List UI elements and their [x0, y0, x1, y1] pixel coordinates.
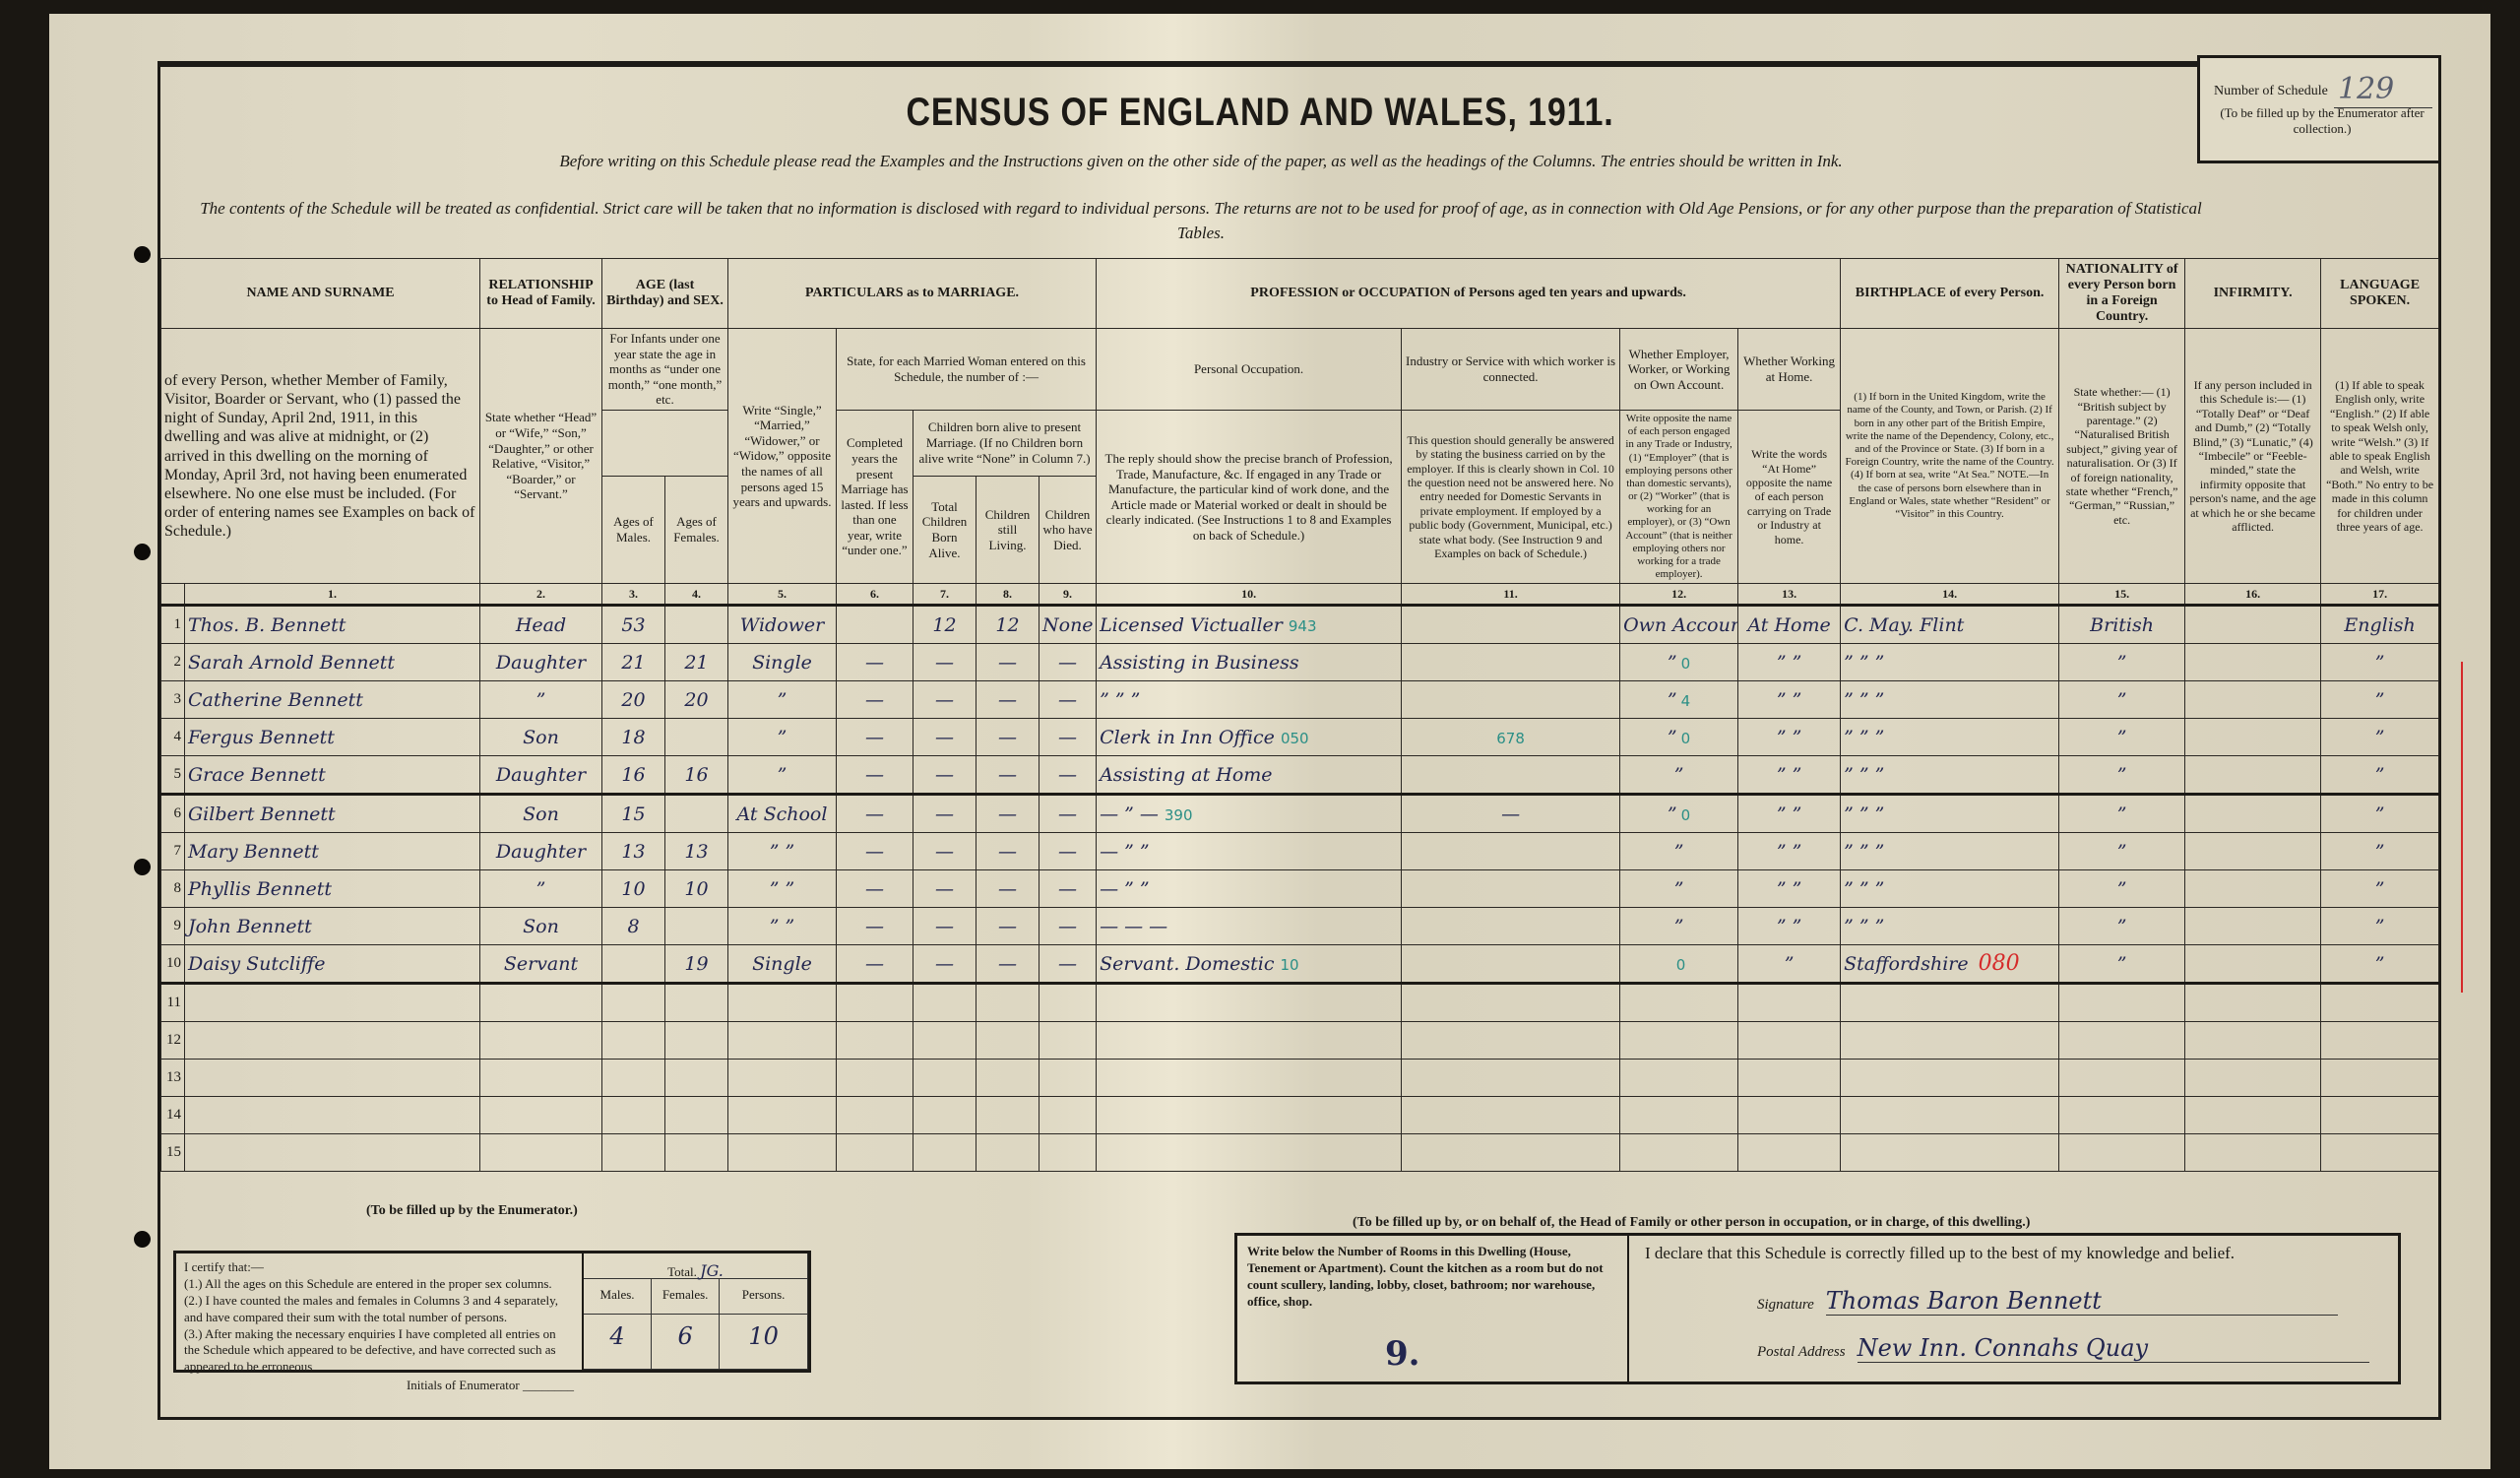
age-female: 21	[665, 644, 728, 681]
language	[2321, 1134, 2439, 1172]
industry	[1402, 606, 1620, 644]
nationality: ”	[2059, 795, 2185, 833]
rooms-instruction: Write below the Number of Rooms in this …	[1247, 1244, 1617, 1311]
desc-industry: This question should generally be answer…	[1402, 410, 1620, 583]
language: ”	[2321, 644, 2439, 681]
marital-status: At School	[728, 795, 837, 833]
employment-status: Own Account2	[1620, 606, 1738, 644]
initials-label: Initials of Enumerator	[407, 1378, 520, 1392]
children-born	[913, 1134, 976, 1172]
industry: —	[1402, 795, 1620, 833]
industry	[1402, 1097, 1620, 1134]
age-male: 21	[602, 644, 665, 681]
employment-status: ”	[1620, 870, 1738, 908]
working-at-home: ” ”	[1738, 795, 1841, 833]
table-row: 7Mary BennettDaughter1313” ”————— ” ””” …	[161, 833, 2439, 870]
children-living: —	[976, 644, 1039, 681]
table-row: 8Phyllis Bennett”1010” ”————— ” ””” ”” ”…	[161, 870, 2439, 908]
children-living: —	[976, 756, 1039, 795]
header-marriage: PARTICULARS as to MARRIAGE.	[728, 259, 1097, 329]
relationship: Daughter	[480, 756, 602, 795]
working-at-home: ” ”	[1738, 644, 1841, 681]
children-died: —	[1039, 945, 1097, 984]
language	[2321, 1022, 2439, 1060]
desc-children-died: Children who have Died.	[1039, 476, 1097, 584]
relationship: ”	[480, 681, 602, 719]
row-number: 8	[161, 870, 185, 908]
employment-status: ”	[1620, 756, 1738, 795]
header-infirmity: INFIRMITY.	[2185, 259, 2321, 329]
children-born: —	[913, 719, 976, 756]
age-male: 15	[602, 795, 665, 833]
marital-status	[728, 1060, 837, 1097]
industry	[1402, 681, 1620, 719]
age-male	[602, 984, 665, 1022]
header-occupation: PROFESSION or OCCUPATION of Persons aged…	[1097, 259, 1841, 329]
children-living	[976, 1097, 1039, 1134]
person-name: Fergus Bennett	[185, 719, 480, 756]
language	[2321, 984, 2439, 1022]
table-row: 4Fergus BennettSon18”————Clerk in Inn Of…	[161, 719, 2439, 756]
marital-status	[728, 1022, 837, 1060]
household-declaration: Write below the Number of Rooms in this …	[1234, 1233, 2401, 1384]
employment-status: ”0	[1620, 719, 1738, 756]
row-number: 12	[161, 1022, 185, 1060]
infirmity	[2185, 908, 2321, 945]
language: ”	[2321, 870, 2439, 908]
address-label: Postal Address	[1757, 1344, 1846, 1360]
infirmity	[2185, 795, 2321, 833]
children-died	[1039, 1097, 1097, 1134]
age-female	[665, 606, 728, 644]
row-number: 1	[161, 606, 185, 644]
children-born	[913, 1097, 976, 1134]
employment-code: 0	[1676, 956, 1686, 974]
industry	[1402, 756, 1620, 795]
person-name: Mary Bennett	[185, 833, 480, 870]
children-living	[976, 1022, 1039, 1060]
working-at-home	[1738, 1060, 1841, 1097]
working-at-home: ” ”	[1738, 719, 1841, 756]
children-died: —	[1039, 870, 1097, 908]
children-died: —	[1039, 719, 1097, 756]
employment-status: 0	[1620, 945, 1738, 984]
enumerator-heading: (To be filled up by the Enumerator.)	[366, 1203, 578, 1219]
birthplace	[1841, 1060, 2059, 1097]
children-living	[976, 1134, 1039, 1172]
age-female	[665, 719, 728, 756]
table-row: 13	[161, 1060, 2439, 1097]
children-born: —	[913, 945, 976, 984]
children-living: —	[976, 945, 1039, 984]
birthplace: ” ” ”	[1841, 833, 2059, 870]
persons-count: 10	[720, 1315, 808, 1370]
years-married: —	[837, 681, 913, 719]
document-title: CENSUS OF ENGLAND AND WALES, 1911.	[189, 91, 2331, 135]
industry	[1402, 1022, 1620, 1060]
desc-birthplace: (1) If born in the United Kingdom, write…	[1841, 329, 2059, 584]
nationality	[2059, 1134, 2185, 1172]
nationality	[2059, 1097, 2185, 1134]
language	[2321, 1060, 2439, 1097]
age-female: 10	[665, 870, 728, 908]
employment-status	[1620, 1134, 1738, 1172]
age-female	[665, 1134, 728, 1172]
relationship: Son	[480, 795, 602, 833]
working-at-home: ” ”	[1738, 756, 1841, 795]
children-born	[913, 1022, 976, 1060]
signature: Thomas Baron Bennett	[1826, 1287, 2338, 1316]
employment-status	[1620, 984, 1738, 1022]
header-relationship: RELATIONSHIP to Head of Family.	[480, 259, 602, 329]
infirmity	[2185, 719, 2321, 756]
personal-occupation	[1097, 1022, 1402, 1060]
nationality: British	[2059, 606, 2185, 644]
nationality: ”	[2059, 870, 2185, 908]
children-died: —	[1039, 908, 1097, 945]
census-rows: 1Thos. B. BennettHead53Widower1212NoneLi…	[161, 606, 2439, 1172]
nationality	[2059, 1022, 2185, 1060]
employment-status	[1620, 1060, 1738, 1097]
desc-language: (1) If able to speak English only, write…	[2321, 329, 2439, 584]
person-name: Daisy Sutcliffe	[185, 945, 480, 984]
row-number: 14	[161, 1097, 185, 1134]
person-name: Phyllis Bennett	[185, 870, 480, 908]
relationship	[480, 1097, 602, 1134]
nationality	[2059, 1060, 2185, 1097]
employment-status	[1620, 1022, 1738, 1060]
infirmity	[2185, 1022, 2321, 1060]
person-name	[185, 1097, 480, 1134]
punch-hole	[134, 544, 151, 560]
age-female: 20	[665, 681, 728, 719]
children-born: —	[913, 870, 976, 908]
working-at-home	[1738, 1022, 1841, 1060]
row-number: 9	[161, 908, 185, 945]
schedule-number: 129	[2338, 72, 2394, 106]
language: ”	[2321, 833, 2439, 870]
relationship	[480, 1060, 602, 1097]
table-row: 12	[161, 1022, 2439, 1060]
years-married: —	[837, 719, 913, 756]
children-living	[976, 1060, 1039, 1097]
infirmity	[2185, 945, 2321, 984]
certify-item: (3.) After making the necessary enquirie…	[184, 1326, 574, 1377]
relationship: Daughter	[480, 833, 602, 870]
marital-status: ”	[728, 719, 837, 756]
marital-status: Single	[728, 644, 837, 681]
birthplace: ” ” ”	[1841, 795, 2059, 833]
row-number: 2	[161, 644, 185, 681]
desc-marital: Write “Single,” “Married,” “Widower,” or…	[728, 329, 837, 584]
nationality: ”	[2059, 833, 2185, 870]
children-born: —	[913, 908, 976, 945]
industry: 678	[1402, 719, 1620, 756]
language: ”	[2321, 945, 2439, 984]
employment-status: ”	[1620, 908, 1738, 945]
marital-status: ” ”	[728, 870, 837, 908]
marital-status: ” ”	[728, 908, 837, 945]
age-male: 53	[602, 606, 665, 644]
children-died	[1039, 1060, 1097, 1097]
personal-occupation: ” ” ”	[1097, 681, 1402, 719]
person-name: Sarah Arnold Bennett	[185, 644, 480, 681]
table-row: 6Gilbert BennettSon15At School————— ” —3…	[161, 795, 2439, 833]
birthplace: Staffordshire080	[1841, 945, 2059, 984]
age-female	[665, 1097, 728, 1134]
children-died: —	[1039, 756, 1097, 795]
red-bracket-mark	[2461, 662, 2463, 993]
marital-status: ”	[728, 681, 837, 719]
header-personal-occupation: Personal Occupation.	[1097, 329, 1402, 411]
years-married	[837, 1097, 913, 1134]
row-number: 10	[161, 945, 185, 984]
punch-hole	[134, 246, 151, 263]
table-row: 2Sarah Arnold BennettDaughter2121Single—…	[161, 644, 2439, 681]
children-living: 12	[976, 606, 1039, 644]
children-living: —	[976, 870, 1039, 908]
age-female	[665, 795, 728, 833]
children-born: —	[913, 833, 976, 870]
desc-infirmity: If any person included in this Schedule …	[2185, 329, 2321, 584]
infirmity	[2185, 681, 2321, 719]
children-died: —	[1039, 795, 1097, 833]
row-number: 13	[161, 1060, 185, 1097]
personal-occupation: Assisting in Business	[1097, 644, 1402, 681]
age-female	[665, 984, 728, 1022]
infirmity	[2185, 984, 2321, 1022]
personal-occupation: Servant. Domestic10	[1097, 945, 1402, 984]
age-female: 19	[665, 945, 728, 984]
table-row: 1Thos. B. BennettHead53Widower1212NoneLi…	[161, 606, 2439, 644]
age-male	[602, 945, 665, 984]
instruction-line: Before writing on this Schedule please r…	[177, 152, 2225, 171]
schedule-number-box: Number of Schedule 129 (To be filled up …	[2197, 55, 2441, 163]
industry	[1402, 833, 1620, 870]
declaration-text: I declare that this Schedule is correctl…	[1645, 1244, 2382, 1263]
desc-married-woman: State, for each Married Woman entered on…	[837, 329, 1097, 411]
children-died: —	[1039, 833, 1097, 870]
row-number: 4	[161, 719, 185, 756]
relationship: Servant	[480, 945, 602, 984]
header-industry: Industry or Service with which worker is…	[1402, 329, 1620, 411]
table-row: 10Daisy SutcliffeServant19Single————Serv…	[161, 945, 2439, 984]
age-male: 18	[602, 719, 665, 756]
personal-occupation: Assisting at Home	[1097, 756, 1402, 795]
desc-total-children: Total Children Born Alive.	[913, 476, 976, 584]
working-at-home	[1738, 1097, 1841, 1134]
row-number: 3	[161, 681, 185, 719]
children-living: —	[976, 719, 1039, 756]
certify-item: (2.) I have counted the males and female…	[184, 1293, 574, 1326]
relationship	[480, 984, 602, 1022]
desc-at-home: Write the words “At Home” opposite the n…	[1738, 410, 1841, 583]
employment-status: ”0	[1620, 644, 1738, 681]
age-female: 13	[665, 833, 728, 870]
employment-code: 0	[1681, 806, 1691, 824]
confidential-notice: The contents of the Schedule will be tre…	[177, 197, 2225, 245]
occupation-code: 943	[1289, 617, 1317, 635]
desc-nationality: State whether:— (1) “British subject by …	[2059, 329, 2185, 584]
relationship: Son	[480, 719, 602, 756]
row-number: 5	[161, 756, 185, 795]
years-married	[837, 1134, 913, 1172]
table-row: 15	[161, 1134, 2439, 1172]
years-married	[837, 606, 913, 644]
working-at-home: ” ”	[1738, 870, 1841, 908]
personal-occupation	[1097, 1097, 1402, 1134]
personal-occupation	[1097, 1134, 1402, 1172]
birthplace-code: 080	[1979, 951, 2020, 976]
total-label: Total. JG.	[584, 1253, 808, 1279]
infirmity	[2185, 1097, 2321, 1134]
children-born: 12	[913, 606, 976, 644]
children-living: —	[976, 795, 1039, 833]
infirmity	[2185, 1134, 2321, 1172]
working-at-home: At Home	[1738, 606, 1841, 644]
desc-name: of every Person, whether Member of Famil…	[161, 329, 480, 584]
household-heading: (To be filled up by, or on behalf of, th…	[1353, 1215, 2030, 1231]
employment-code: 0	[1681, 730, 1691, 747]
nationality: ”	[2059, 908, 2185, 945]
age-male: 13	[602, 833, 665, 870]
working-at-home: ” ”	[1738, 833, 1841, 870]
header-name: NAME AND SURNAME	[161, 259, 480, 329]
age-male	[602, 1097, 665, 1134]
children-born: —	[913, 644, 976, 681]
industry	[1402, 1060, 1620, 1097]
schedule-number-note: (To be filled up by the Enumerator after…	[2214, 105, 2430, 137]
marital-status	[728, 1097, 837, 1134]
working-at-home: ” ”	[1738, 908, 1841, 945]
children-died: —	[1039, 681, 1097, 719]
children-died	[1039, 1022, 1097, 1060]
infirmity	[2185, 644, 2321, 681]
nationality: ”	[2059, 681, 2185, 719]
infirmity	[2185, 870, 2321, 908]
females-count: 6	[652, 1315, 720, 1370]
language: ”	[2321, 719, 2439, 756]
years-married: —	[837, 945, 913, 984]
working-at-home	[1738, 984, 1841, 1022]
children-died: —	[1039, 644, 1097, 681]
person-name: Gilbert Bennett	[185, 795, 480, 833]
person-name	[185, 1134, 480, 1172]
header-at-home: Whether Working at Home.	[1738, 329, 1841, 411]
column-number-row: 1. 2. 3. 4. 5. 6. 7. 8. 9. 10. 11. 12. 1…	[161, 584, 2439, 606]
marital-status: ”	[728, 756, 837, 795]
desc-females: Ages of Females.	[665, 476, 728, 584]
person-name	[185, 1060, 480, 1097]
persons-label: Persons.	[720, 1279, 808, 1315]
age-female	[665, 908, 728, 945]
birthplace	[1841, 1134, 2059, 1172]
children-living: —	[976, 681, 1039, 719]
row-number: 15	[161, 1134, 185, 1172]
age-male: 10	[602, 870, 665, 908]
table-row: 5Grace BennettDaughter1616”————Assisting…	[161, 756, 2439, 795]
desc-children-living: Children still Living.	[976, 476, 1039, 584]
relationship: Son	[480, 908, 602, 945]
employment-status: ”	[1620, 833, 1738, 870]
personal-occupation: — ” —390	[1097, 795, 1402, 833]
children-living: —	[976, 833, 1039, 870]
relationship: ”	[480, 870, 602, 908]
industry	[1402, 1134, 1620, 1172]
marital-status	[728, 984, 837, 1022]
infirmity	[2185, 606, 2321, 644]
children-born	[913, 1060, 976, 1097]
age-male: 16	[602, 756, 665, 795]
header-age: AGE (last Birthday) and SEX.	[602, 259, 728, 329]
birthplace: ” ” ”	[1841, 719, 2059, 756]
industry	[1402, 984, 1620, 1022]
desc-personal-occupation: The reply should show the precise branch…	[1097, 410, 1402, 583]
birthplace	[1841, 1022, 2059, 1060]
signature-label: Signature	[1757, 1297, 1814, 1313]
age-male	[602, 1060, 665, 1097]
person-name: Catherine Bennett	[185, 681, 480, 719]
desc-males: Ages of Males.	[602, 476, 665, 584]
years-married: —	[837, 870, 913, 908]
nationality: ”	[2059, 644, 2185, 681]
age-male: 8	[602, 908, 665, 945]
infirmity	[2185, 756, 2321, 795]
age-male: 20	[602, 681, 665, 719]
census-table: NAME AND SURNAME RELATIONSHIP to Head of…	[160, 258, 2439, 1172]
marital-status	[728, 1134, 837, 1172]
nationality: ”	[2059, 756, 2185, 795]
industry	[1402, 908, 1620, 945]
postal-address: New Inn. Connahs Quay	[1858, 1334, 2369, 1363]
table-row: 3Catherine Bennett”2020”————” ” ””4” ”” …	[161, 681, 2439, 719]
punch-hole	[134, 1231, 151, 1248]
birthplace: ” ” ”	[1841, 870, 2059, 908]
infirmity	[2185, 833, 2321, 870]
birthplace	[1841, 1097, 2059, 1134]
certify-item: (1.) All the ages on this Schedule are e…	[184, 1276, 574, 1293]
employment-status: ”4	[1620, 681, 1738, 719]
age-female	[665, 1022, 728, 1060]
language	[2321, 1097, 2439, 1134]
age-female: 16	[665, 756, 728, 795]
working-at-home	[1738, 1134, 1841, 1172]
children-living	[976, 984, 1039, 1022]
years-married: —	[837, 756, 913, 795]
language: English	[2321, 606, 2439, 644]
nationality: ”	[2059, 719, 2185, 756]
language: ”	[2321, 756, 2439, 795]
males-label: Males.	[584, 1279, 652, 1315]
children-died: None	[1039, 606, 1097, 644]
males-count: 4	[584, 1315, 652, 1370]
children-born	[913, 984, 976, 1022]
marital-status: Single	[728, 945, 837, 984]
employment-code: 4	[1681, 692, 1691, 710]
industry	[1402, 945, 1620, 984]
personal-occupation: — — —	[1097, 908, 1402, 945]
desc-children-born: Children born alive to present Marriage.…	[913, 410, 1097, 476]
relationship: Daughter	[480, 644, 602, 681]
years-married: —	[837, 833, 913, 870]
children-living: —	[976, 908, 1039, 945]
birthplace: ” ” ”	[1841, 756, 2059, 795]
person-name: John Bennett	[185, 908, 480, 945]
employment-status	[1620, 1097, 1738, 1134]
desc-relationship: State whether “Head” or “Wife,” “Son,” “…	[480, 329, 602, 584]
children-born: —	[913, 756, 976, 795]
occupation-code: 390	[1165, 806, 1193, 824]
